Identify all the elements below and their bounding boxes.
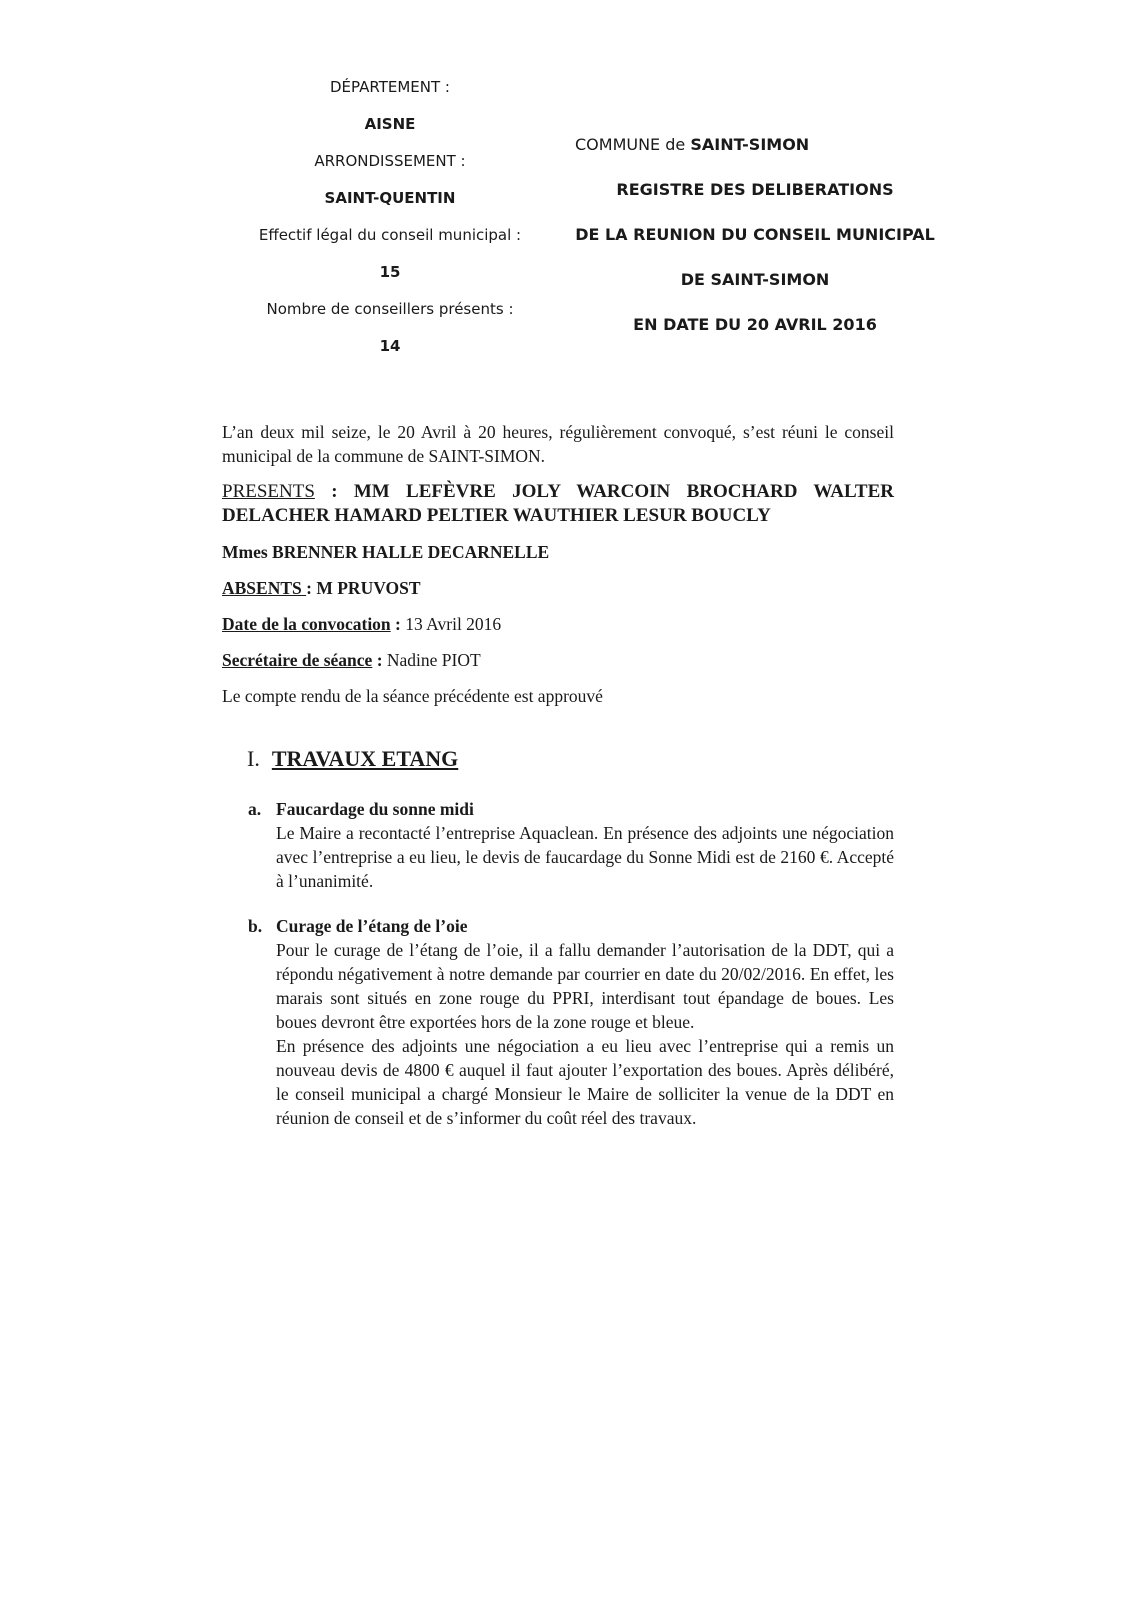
arrondissement-label: ARRONDISSEMENT :: [240, 150, 540, 187]
presents-names: : MM LEFÈVRE JOLY WARCOIN BROCHARD WALTE…: [222, 481, 894, 526]
subsection-b: b.Curage de l’étang de l’oie Pour le cur…: [248, 914, 894, 1130]
convocation-label: Date de la convocation: [222, 614, 391, 634]
header-right: COMMUNE de SAINT-SIMON REGISTRE DES DELI…: [575, 134, 935, 359]
effectif-value: 15: [240, 261, 540, 298]
mmes-line: Mmes BRENNER HALLE DECARNELLE: [222, 540, 894, 564]
commune-title: DE SAINT-SIMON: [575, 269, 935, 314]
absents-value: : M PRUVOST: [306, 578, 420, 598]
convocation-line: Date de la convocation : 13 Avril 2016: [222, 612, 894, 636]
date-title: EN DATE DU 20 AVRIL 2016: [575, 314, 935, 359]
subsection-a-letter: a.: [248, 797, 276, 821]
commune-line: COMMUNE de SAINT-SIMON: [575, 134, 935, 179]
convocation-value: 13 Avril 2016: [405, 614, 501, 634]
section-heading: I.TRAVAUX ETANG: [247, 746, 458, 772]
absents-line: ABSENTS : M PRUVOST: [222, 576, 894, 600]
section-title: TRAVAUX ETANG: [272, 746, 458, 771]
subsection-b-letter: b.: [248, 914, 276, 938]
secretaire-value: Nadine PIOT: [387, 650, 481, 670]
arrondissement-value: SAINT-QUENTIN: [240, 187, 540, 224]
subsection-b-title: Curage de l’étang de l’oie: [276, 916, 468, 936]
section-number: I.: [247, 746, 260, 771]
subsection-b-text: Pour le curage de l’étang de l’oie, il a…: [276, 938, 894, 1034]
departement-label: DÉPARTEMENT :: [240, 76, 540, 113]
intro-paragraph: L’an deux mil seize, le 20 Avril à 20 he…: [222, 420, 894, 468]
presents-count-label: Nombre de conseillers présents :: [240, 298, 540, 335]
header-left: DÉPARTEMENT : AISNE ARRONDISSEMENT : SAI…: [240, 76, 540, 372]
subsection-a: a.Faucardage du sonne midi Le Maire a re…: [248, 797, 894, 893]
presents-line: PRESENTS : MM LEFÈVRE JOLY WARCOIN BROCH…: [222, 480, 894, 528]
presents-label: PRESENTS: [222, 481, 315, 502]
presents-count-value: 14: [240, 335, 540, 372]
secretaire-line: Secrétaire de séance : Nadine PIOT: [222, 648, 894, 672]
subsection-b-text2: En présence des adjoints une négociation…: [276, 1034, 894, 1130]
reunion-title: DE LA REUNION DU CONSEIL MUNICIPAL: [575, 224, 935, 269]
effectif-label: Effectif légal du conseil municipal :: [240, 224, 540, 261]
subsection-a-text: Le Maire a recontacté l’entreprise Aquac…: [276, 821, 894, 893]
subsection-b-heading: b.Curage de l’étang de l’oie: [248, 914, 894, 938]
commune-prefix: COMMUNE de: [575, 135, 690, 154]
commune-name: SAINT-SIMON: [690, 135, 809, 154]
subsection-a-title: Faucardage du sonne midi: [276, 799, 474, 819]
registre-title: REGISTRE DES DELIBERATIONS: [575, 179, 935, 224]
compte-rendu-line: Le compte rendu de la séance précédente …: [222, 684, 894, 708]
secretaire-label: Secrétaire de séance: [222, 650, 372, 670]
minutes-body: L’an deux mil seize, le 20 Avril à 20 he…: [222, 420, 894, 720]
departement-value: AISNE: [240, 113, 540, 150]
subsection-a-heading: a.Faucardage du sonne midi: [248, 797, 894, 821]
absents-label: ABSENTS: [222, 578, 306, 598]
